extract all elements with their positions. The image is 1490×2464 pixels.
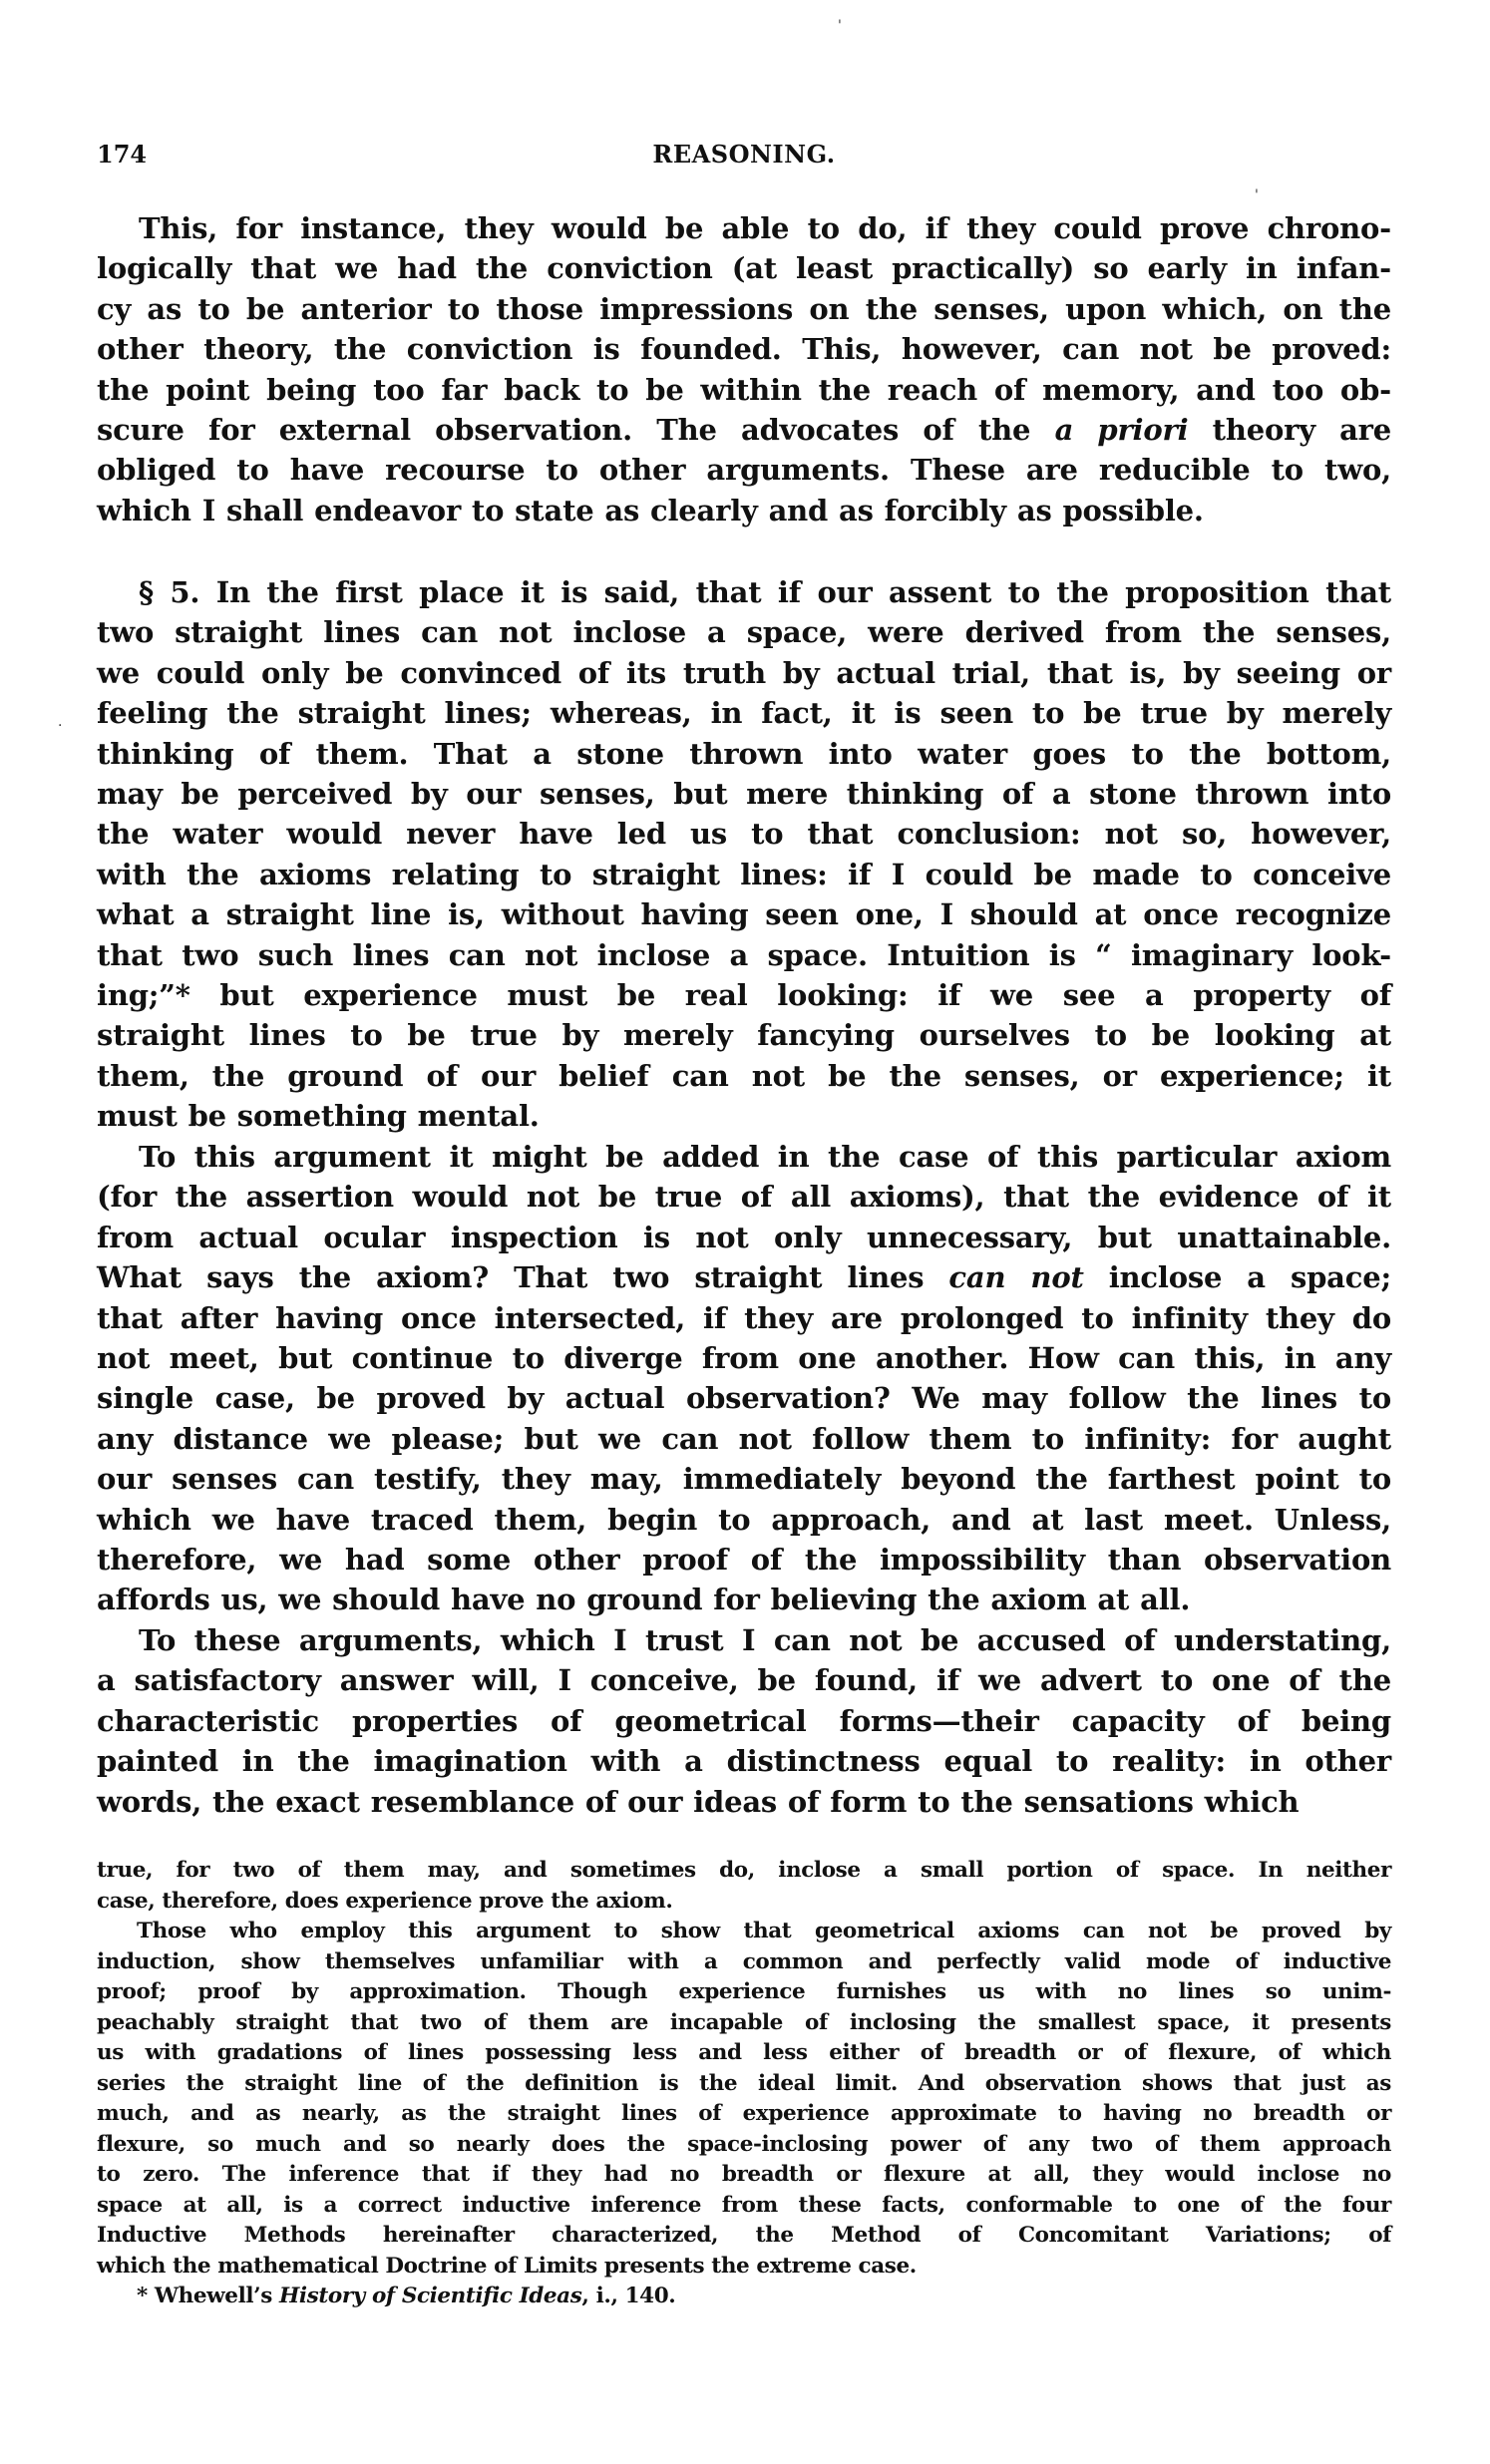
text-line: that two such lines can not inclose a sp…	[97, 935, 1391, 975]
running-title: REASONING.	[97, 140, 1391, 169]
text-line: from actual ocular inspection is not onl…	[97, 1218, 1391, 1257]
text-line: affords us, we should have no ground for…	[97, 1580, 1391, 1619]
text-line: scure for external observation. The advo…	[97, 410, 1391, 450]
text-line: which I shall endeavor to state as clear…	[97, 491, 1391, 530]
text-line: any distance we please; but we can not f…	[97, 1419, 1391, 1459]
text-line: proof; proof by approximation. Though ex…	[97, 1977, 1391, 2007]
text-line: us with gradations of lines possessing l…	[97, 2038, 1391, 2068]
text-line: obliged to have recourse to other argume…	[97, 450, 1391, 490]
text-line: therefore, we had some other proof of th…	[97, 1540, 1391, 1580]
print-speck: '	[1255, 187, 1259, 203]
text-line: § 5. In the first place it is said, that…	[139, 572, 1391, 612]
text-line: the point being too far back to be withi…	[97, 370, 1391, 410]
text-line: a satisfactory answer will, I conceive, …	[97, 1660, 1391, 1700]
text-line: peachably straight that two of them are …	[97, 2008, 1391, 2038]
text-line: induction, show themselves unfamiliar wi…	[97, 1947, 1391, 1977]
italic-text: a priori	[1055, 413, 1189, 447]
text-line: flexure, so much and so nearly does the …	[97, 2130, 1391, 2160]
text-line: may be perceived by our senses, but mere…	[97, 774, 1391, 814]
text-line: To this argument it might be added in th…	[139, 1137, 1391, 1177]
text-line: space at all, is a correct inductive inf…	[97, 2191, 1391, 2221]
text-line: much, and as nearly, as the straight lin…	[97, 2099, 1391, 2129]
text-line: other theory, the conviction is founded.…	[97, 329, 1391, 369]
print-speck: ·	[58, 718, 62, 734]
text-line: words, the exact resemblance of our idea…	[97, 1782, 1391, 1822]
text-line: the water would never have led us to tha…	[97, 814, 1391, 854]
text-line: ing;”* but experience must be real looki…	[97, 975, 1391, 1015]
text-line: which the mathematical Doctrine of Limit…	[97, 2252, 1391, 2282]
text-line: two straight lines can not inclose a spa…	[97, 612, 1391, 652]
text-line: case, therefore, does experience prove t…	[97, 1887, 1391, 1917]
text-line: to zero. The inference that if they had …	[97, 2160, 1391, 2190]
text-line: must be something mental.	[97, 1096, 1391, 1136]
text-line: characteristic properties of geometrical…	[97, 1701, 1391, 1741]
text-line: To these arguments, which I trust I can …	[139, 1620, 1391, 1660]
text-line: logically that we had the conviction (at…	[97, 248, 1391, 288]
print-speck: '	[838, 18, 842, 34]
text-line: single case, be proved by actual observa…	[97, 1378, 1391, 1418]
italic-text: History of Scientific Ideas	[279, 2284, 581, 2308]
text-line: * Whewell’s History of Scientific Ideas,…	[137, 2282, 1391, 2311]
text-line: that after having once intersected, if t…	[97, 1298, 1391, 1338]
text-line: them, the ground of our belief can not b…	[97, 1056, 1391, 1096]
text-line: with the axioms relating to straight lin…	[97, 855, 1391, 894]
text-line: what a straight line is, without having …	[97, 894, 1391, 934]
text-line: feeling the straight lines; whereas, in …	[97, 693, 1391, 733]
text-line: which we have traced them, begin to appr…	[97, 1500, 1391, 1540]
text-line: not meet, but continue to diverge from o…	[97, 1338, 1391, 1378]
text-line: we could only be convinced of its truth …	[97, 653, 1391, 693]
text-line: thinking of them. That a stone thrown in…	[97, 734, 1391, 774]
text-line: What says the axiom? That two straight l…	[97, 1257, 1391, 1297]
text-line: true, for two of them may, and sometimes…	[97, 1856, 1391, 1886]
text-line: cy as to be anterior to those impression…	[97, 289, 1391, 329]
text-line: our senses can testify, they may, immedi…	[97, 1459, 1391, 1499]
text-line: Inductive Methods hereinafter characteri…	[97, 2221, 1391, 2251]
book-page: 174 REASONING. This, for instance, they …	[0, 0, 1490, 2464]
italic-text: can not	[948, 1260, 1083, 1294]
text-line: Those who employ this argument to show t…	[137, 1917, 1391, 1946]
text-line: This, for instance, they would be able t…	[139, 208, 1391, 248]
running-head: 174 REASONING.	[97, 140, 1391, 174]
text-line: straight lines to be true by merely fanc…	[97, 1015, 1391, 1055]
text-line: series the straight line of the definiti…	[97, 2069, 1391, 2099]
text-line: painted in the imagination with a distin…	[97, 1741, 1391, 1781]
text-line: (for the assertion would not be true of …	[97, 1177, 1391, 1217]
